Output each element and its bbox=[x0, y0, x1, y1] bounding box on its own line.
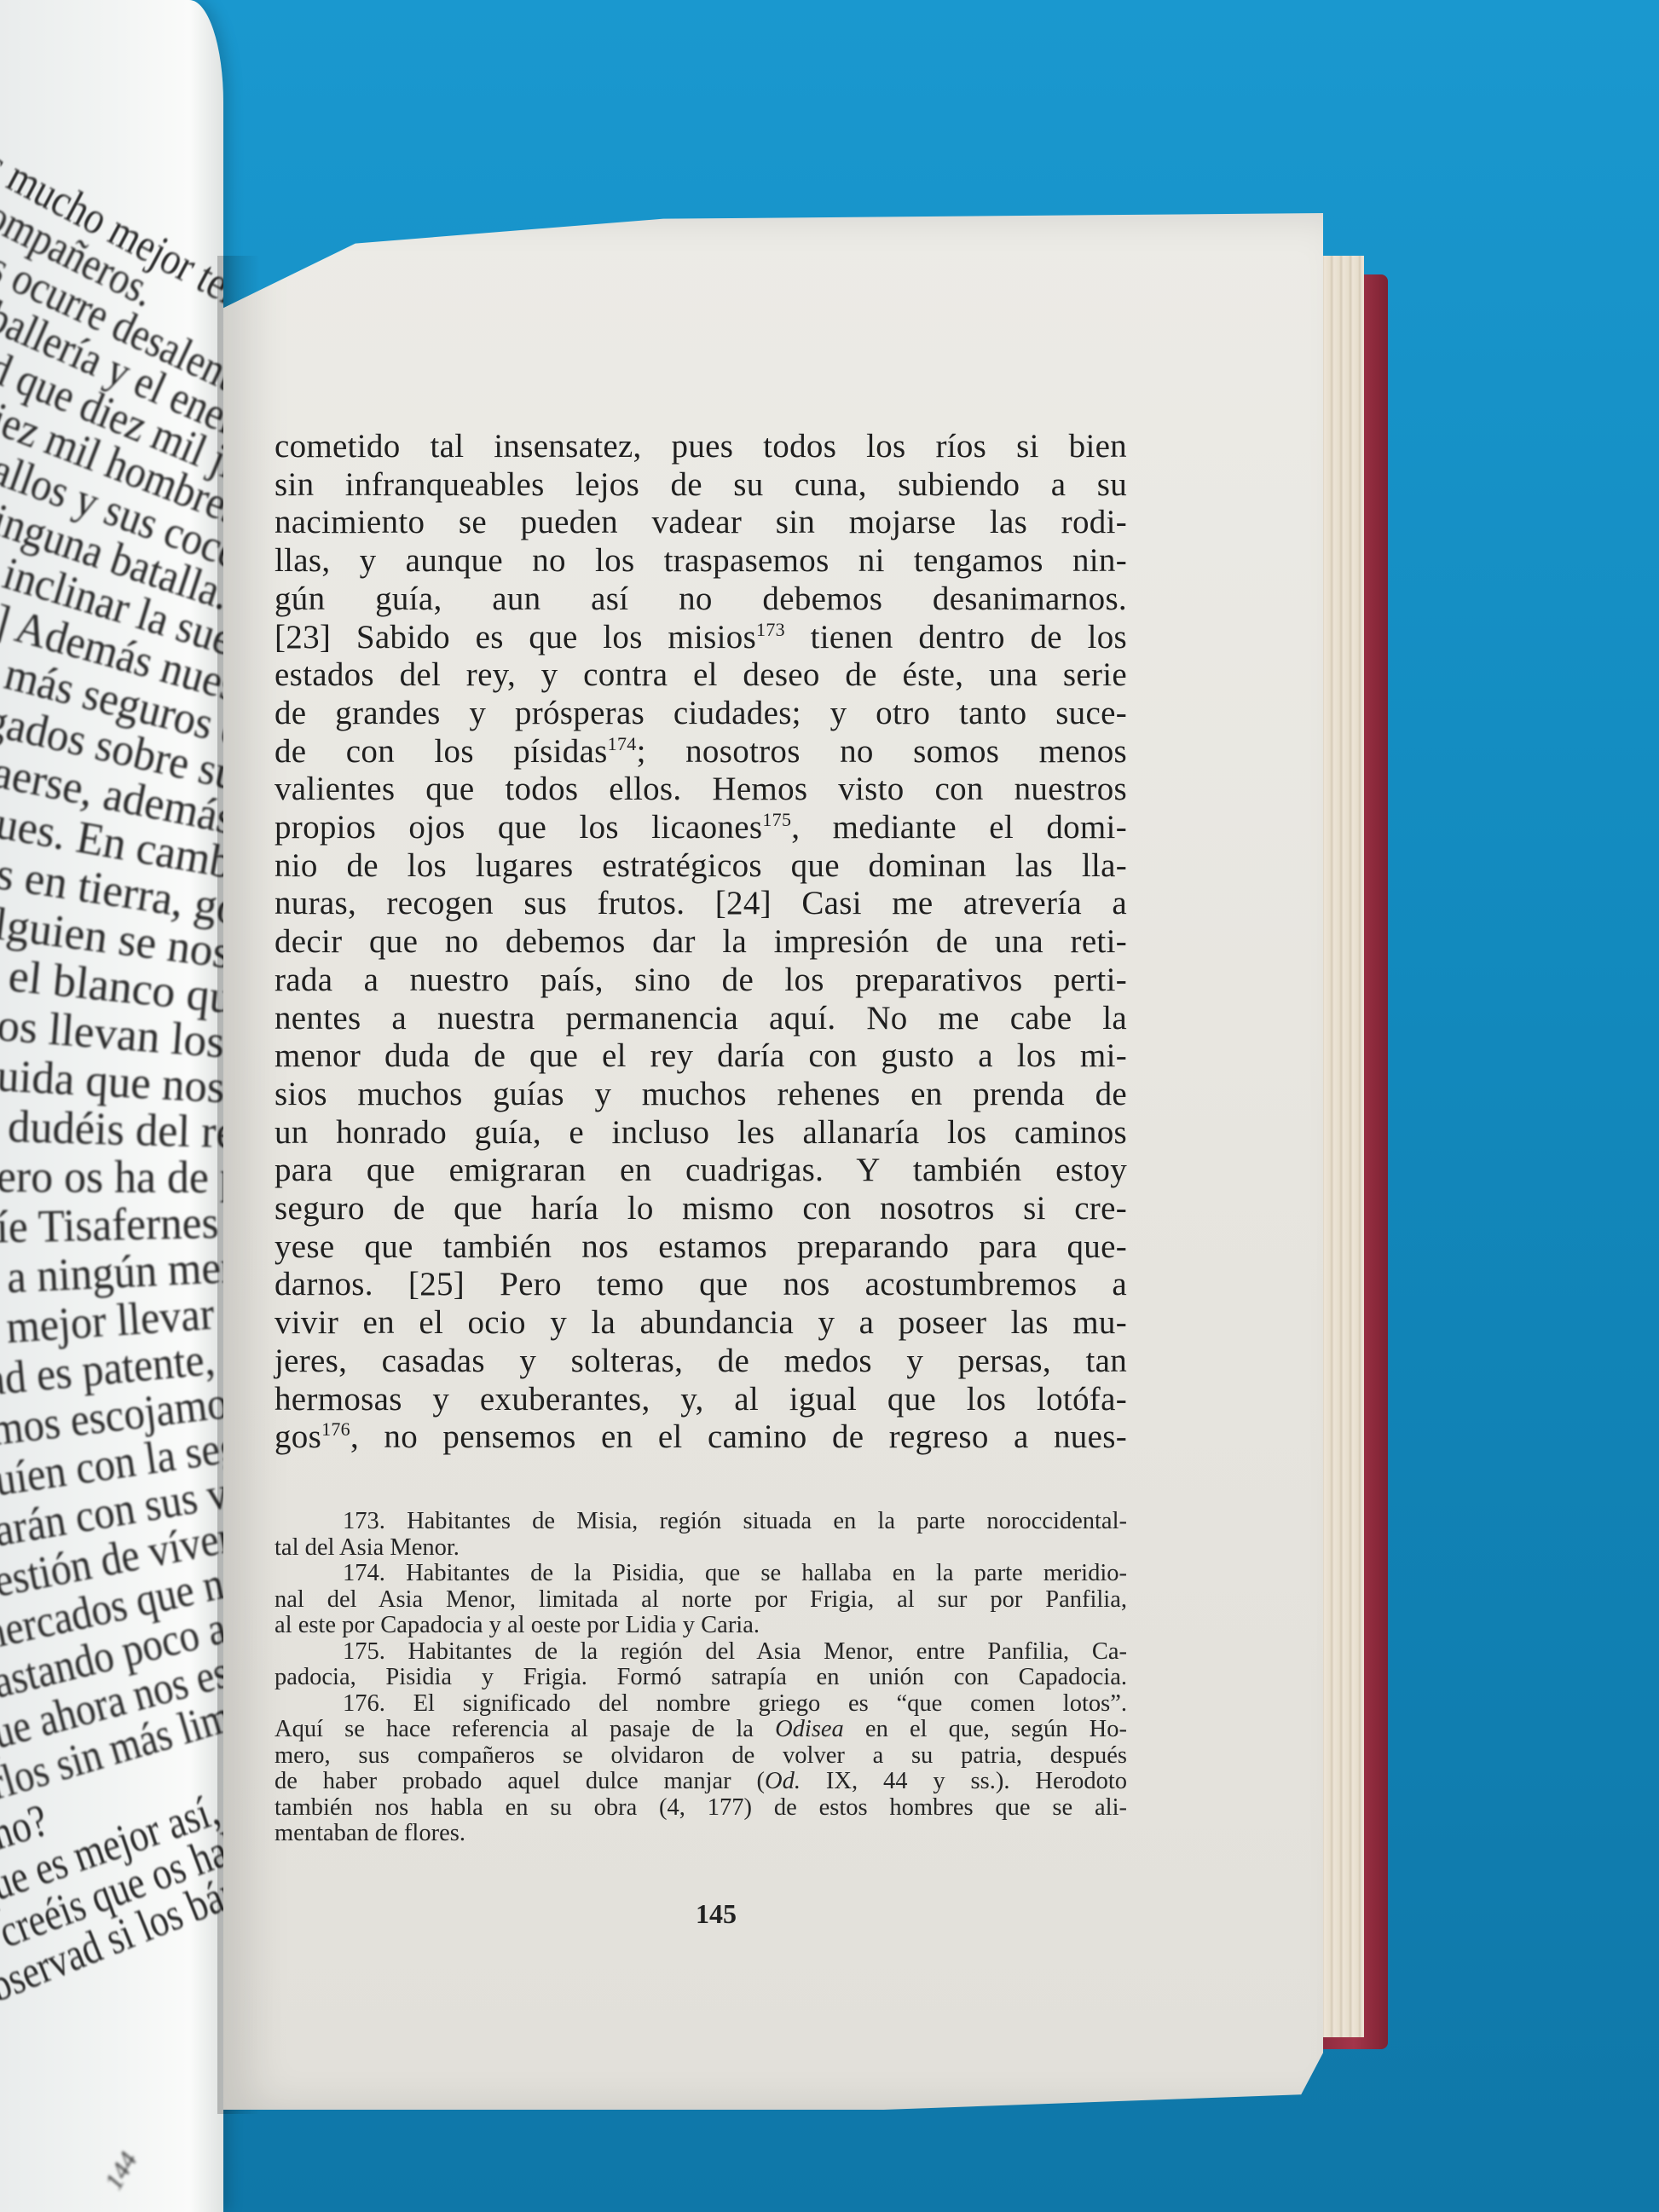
footnote-line: 176. El significado del nombre griego es… bbox=[275, 1691, 1127, 1718]
body-line: hermosas y exuberantes, y, al igual que … bbox=[275, 1381, 1127, 1419]
footnote-line: también nos habla en su obra (4, 177) de… bbox=[275, 1795, 1127, 1822]
footnotes: 173. Habitantes de Misia, región situada… bbox=[275, 1509, 1127, 1847]
body-line: para que emigraran en cuadrigas. Y tambi… bbox=[275, 1152, 1127, 1190]
body-line: llas, y aunque no los traspasemos ni ten… bbox=[275, 542, 1127, 580]
footnote-line: mero, sus compañeros se olvidaron de vol… bbox=[275, 1743, 1127, 1770]
body-line: sios muchos guías y muchos rehenes en pr… bbox=[275, 1076, 1127, 1114]
left-page-number: 144 bbox=[100, 2147, 144, 2195]
body-line: vivir en el ocio y la abundancia y a pos… bbox=[275, 1304, 1127, 1343]
body-line: [23] Sabido es que los misios173 tienen … bbox=[275, 619, 1127, 657]
footnote-text: de haber probado aquel dulce manjar ( bbox=[275, 1768, 765, 1794]
body-line: de grandes y prósperas ciudades; y otro … bbox=[275, 695, 1127, 733]
body-line-text: propios ojos que los licaones bbox=[275, 809, 762, 846]
body-line: un honrado guía, e incluso les allanaría… bbox=[275, 1114, 1127, 1152]
footnote-reference: 174 bbox=[608, 733, 637, 754]
body-line: decir que no debemos dar la impresión de… bbox=[275, 923, 1127, 962]
left-page-line: o dudéis del resultado bbox=[0, 1100, 223, 1158]
body-line: yese que también nos estamos preparando … bbox=[275, 1228, 1127, 1267]
footnote-line: al este por Capadocia y al oeste por Lid… bbox=[275, 1613, 1127, 1639]
body-line-text: ; nosotros no somos menos bbox=[637, 733, 1127, 770]
body-line: gos176, no pensemos en el camino de regr… bbox=[275, 1418, 1127, 1457]
body-line: menor duda de que el rey daría con gusto… bbox=[275, 1037, 1127, 1076]
footnote-italic-title: Od. bbox=[765, 1768, 801, 1794]
footnote-line: mentaban de flores. bbox=[275, 1821, 1127, 1847]
footnote-text: Aquí se hace referencia al pasaje de la bbox=[275, 1716, 775, 1742]
footnote-text: en el que, según Ho- bbox=[844, 1716, 1127, 1742]
body-line-text: tienen dentro de los bbox=[785, 619, 1127, 656]
footnote-line: nal del Asia Menor, limitada al norte po… bbox=[275, 1587, 1127, 1614]
body-line: nacimiento se pueden vadear sin mojarse … bbox=[275, 504, 1127, 542]
footnote-line: tal del Asia Menor. bbox=[275, 1535, 1127, 1562]
footnote-line: 175. Habitantes de la región del Asia Me… bbox=[275, 1639, 1127, 1666]
footnote-line: 174. Habitantes de la Pisidia, que se ha… bbox=[275, 1561, 1127, 1587]
footnote-line: Aquí se hace referencia al pasaje de la … bbox=[275, 1717, 1127, 1743]
left-page-line: pero os ha de preocupar bbox=[0, 1151, 223, 1203]
left-page-text: es mucho mejor tenerlocompañeros.os ocur… bbox=[0, 128, 223, 2020]
body-line: nuras, recogen sus frutos. [24] Casi me … bbox=[275, 885, 1127, 923]
body-line-text: , mediante el domi- bbox=[791, 809, 1127, 846]
footnote-line: padocia, Pisidia y Frigia. Formó satrapí… bbox=[275, 1665, 1127, 1691]
footnote-text: IX, 44 y ss.). Herodoto bbox=[801, 1768, 1127, 1794]
body-line: sin infranqueables lejos de su cuna, sub… bbox=[275, 466, 1127, 505]
body-line-text: gos bbox=[275, 1418, 321, 1455]
body-line: rada a nuestro país, sino de los prepara… bbox=[275, 962, 1127, 1000]
footnote-reference: 173 bbox=[756, 619, 785, 640]
page-number: 145 bbox=[696, 1898, 737, 1930]
body-line: nio de los lugares estratégicos que domi… bbox=[275, 847, 1127, 886]
body-line-text: de con los písidas bbox=[275, 733, 608, 770]
body-line: de con los písidas174; nosotros no somos… bbox=[275, 733, 1127, 771]
body-line: propios ojos que los licaones175, median… bbox=[275, 809, 1127, 847]
body-line: gún guía, aun así no debemos desanimarno… bbox=[275, 580, 1127, 619]
body-line: estados del rey, y contra el deseo de és… bbox=[275, 656, 1127, 695]
body-line: valientes que todos ellos. Hemos visto c… bbox=[275, 771, 1127, 809]
footnote-italic-title: Odisea bbox=[775, 1716, 844, 1742]
body-line-text: , no pensemos en el camino de regreso a … bbox=[350, 1418, 1127, 1455]
footnote-line: de haber probado aquel dulce manjar (Od.… bbox=[275, 1769, 1127, 1795]
footnote-reference: 175 bbox=[762, 809, 791, 830]
footnote-line: 173. Habitantes de Misia, región situada… bbox=[275, 1509, 1127, 1535]
left-page-144: es mucho mejor tenerlocompañeros.os ocur… bbox=[0, 0, 223, 2212]
body-line: jeres, casadas y solteras, de medos y pe… bbox=[275, 1343, 1127, 1381]
body-line-text: [23] Sabido es que los misios bbox=[275, 619, 756, 656]
body-line: cometido tal insensatez, pues todos los … bbox=[275, 428, 1127, 466]
body-text: cometido tal insensatez, pues todos los … bbox=[275, 428, 1127, 1457]
footnote-reference: 176 bbox=[321, 1418, 350, 1440]
body-line: nentes a nuestra permanencia aquí. No me… bbox=[275, 1000, 1127, 1038]
body-line: darnos. [25] Pero temo que nos acostumbr… bbox=[275, 1266, 1127, 1304]
body-line: seguro de que haría lo mismo con nosotro… bbox=[275, 1190, 1127, 1228]
